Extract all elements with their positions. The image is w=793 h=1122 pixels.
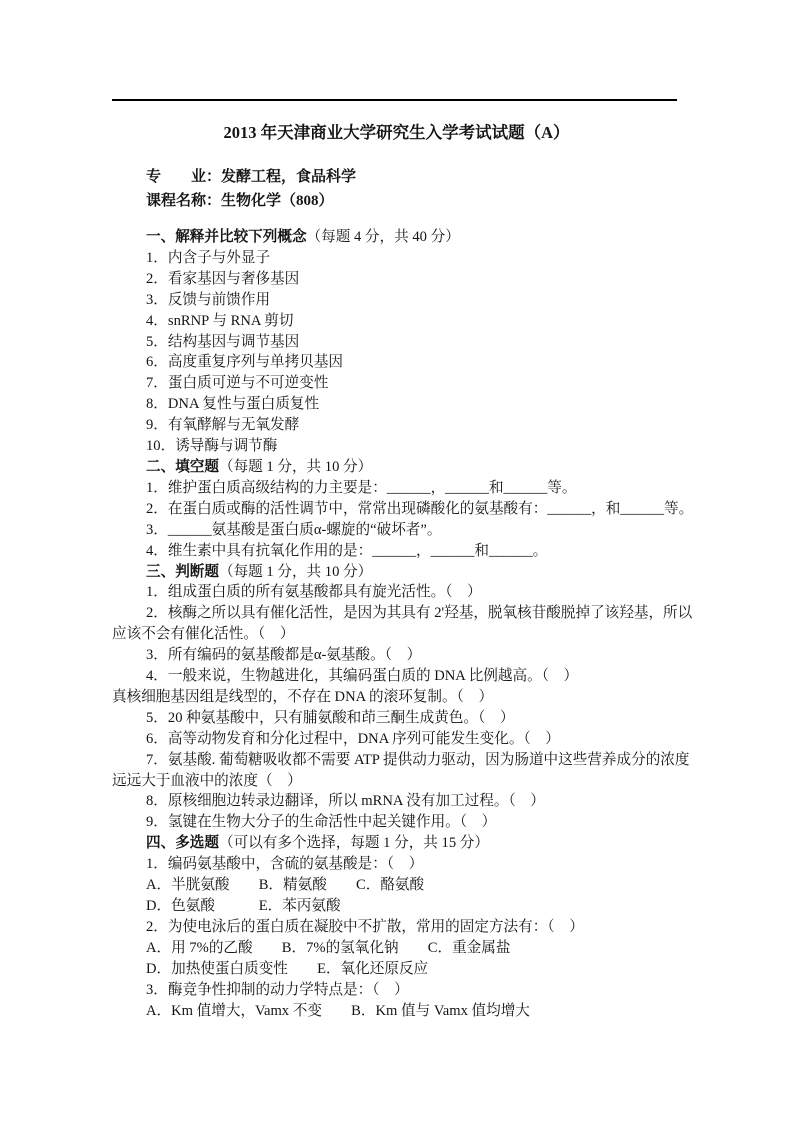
question-line: 6．高度重复序列与单拷贝基因 <box>112 352 687 373</box>
page-title: 2013 年天津商业大学研究生入学考试试题（A） <box>0 123 793 143</box>
section-2-title: 二、填空题 <box>146 459 219 475</box>
question-line: 2．看家基因与奢侈基因 <box>112 269 687 290</box>
judgment-continuation-line: 应该不会有催化活性。（ ） <box>112 624 687 645</box>
multichoice-question-line: 2．为使电泳后的蛋白质在凝胶中不扩散，常用的固定方法有：（ ） <box>112 917 687 938</box>
fill-blank-line: 2．在蛋白质或酶的活性调节中，常常出现磷酸化的氨基酸有：______，和____… <box>112 499 687 520</box>
question-line: 5．结构基因与调节基因 <box>112 332 687 353</box>
question-line: 8．DNA 复性与蛋白质复性 <box>112 394 687 415</box>
multichoice-options-line: D．加热使蛋白质变性 E．氧化还原反应 <box>112 959 687 980</box>
exam-meta: 专 业：发酵工程，食品科学 课程名称：生物化学（808） <box>146 166 356 213</box>
judgment-line: 6．高等动物发育和分化过程中，DNA 序列可能发生变化。（ ） <box>112 729 687 750</box>
judgment-line: 9．氢键在生物大分子的生命活性中起关键作用。（ ） <box>112 812 687 833</box>
judgment-line: 8．原核细胞边转录边翻译，所以 mRNA 没有加工过程。（ ） <box>112 791 687 812</box>
judgment-line: 7．氨基酸. 葡萄糖吸收都不需要 ATP 提供动力驱动，因为肠道中这些营养成分的… <box>112 750 687 771</box>
section-3-heading: 三、判断题（每题 1 分，共 10 分） <box>112 562 687 583</box>
section-2-note: （每题 1 分，共 10 分） <box>219 459 372 475</box>
judgment-continuation-line: 远远大于血液中的浓度（ ） <box>112 771 687 792</box>
multichoice-options-line: A．用 7%的乙酸 B．7%的氢氧化钠 C．重金属盐 <box>112 938 687 959</box>
fill-blank-line: 4．维生素中具有抗氧化作用的是：______，______和______。 <box>112 541 687 562</box>
major-line: 专 业：发酵工程，食品科学 <box>146 166 356 190</box>
judgment-line: 1．组成蛋白质的所有氨基酸都具有旋光活性。（ ） <box>112 582 687 603</box>
section-4-note: （可以有多个选择，每题 1 分，共 15 分） <box>219 835 489 851</box>
section-1-title: 一、解释并比较下列概念 <box>146 229 307 245</box>
question-line: 1．内含子与外显子 <box>112 248 687 269</box>
exam-paper-page: 2013 年天津商业大学研究生入学考试试题（A） 专 业：发酵工程，食品科学 课… <box>0 0 793 1122</box>
section-3-note: （每题 1 分，共 10 分） <box>219 564 372 580</box>
judgment-line: 3．所有编码的氨基酸都是α-氨基酸。（ ） <box>112 645 687 666</box>
question-line: 10．诱导酶与调节酶 <box>112 436 687 457</box>
fill-blank-line: 1．维护蛋白质高级结构的力主要是：______，______和______等。 <box>112 478 687 499</box>
judgment-continuation-line: 真核细胞基因组是线型的，不存在 DNA 的滚环复制。（ ） <box>112 687 687 708</box>
multichoice-options-line: D．色氨酸 E．苯丙氨酸 <box>112 896 687 917</box>
fill-blank-line: 3．______氨基酸是蛋白质α-螺旋的“破坏者”。 <box>112 520 687 541</box>
judgment-line: 4．一般来说，生物越进化，其编码蛋白质的 DNA 比例越高。（ ） <box>112 666 687 687</box>
header-rule <box>112 99 677 101</box>
exam-body: 一、解释并比较下列概念（每题 4 分，共 40 分） 1．内含子与外显子 2．看… <box>112 227 687 1021</box>
section-1-heading: 一、解释并比较下列概念（每题 4 分，共 40 分） <box>112 227 687 248</box>
multichoice-question-line: 3．酶竞争性抑制的动力学特点是：（ ） <box>112 980 687 1001</box>
question-line: 3．反馈与前馈作用 <box>112 290 687 311</box>
question-line: 7．蛋白质可逆与不可逆变性 <box>112 373 687 394</box>
section-4-heading: 四、多选题（可以有多个选择，每题 1 分，共 15 分） <box>112 833 687 854</box>
multichoice-options-line: A．半胱氨酸 B．精氨酸 C．酪氨酸 <box>112 875 687 896</box>
judgment-line: 5．20 种氨基酸中，只有脯氨酸和茚三酮生成黄色。（ ） <box>112 708 687 729</box>
section-3-title: 三、判断题 <box>146 564 219 580</box>
multichoice-options-line: A．Km 值增大，Vamx 不变 B．Km 值与 Vamx 值均增大 <box>112 1001 687 1022</box>
section-4-title: 四、多选题 <box>146 835 219 851</box>
multichoice-question-line: 1．编码氨基酸中，含硫的氨基酸是：（ ） <box>112 854 687 875</box>
section-2-heading: 二、填空题（每题 1 分，共 10 分） <box>112 457 687 478</box>
course-line: 课程名称：生物化学（808） <box>146 190 356 214</box>
question-line: 4．snRNP 与 RNA 剪切 <box>112 311 687 332</box>
judgment-line: 2．核酶之所以具有催化活性，是因为其具有 2'羟基，脱氧核苷酸脱掉了该羟基，所以 <box>112 603 687 624</box>
section-1-note: （每题 4 分，共 40 分） <box>307 229 460 245</box>
question-line: 9．有氧酵解与无氧发酵 <box>112 415 687 436</box>
